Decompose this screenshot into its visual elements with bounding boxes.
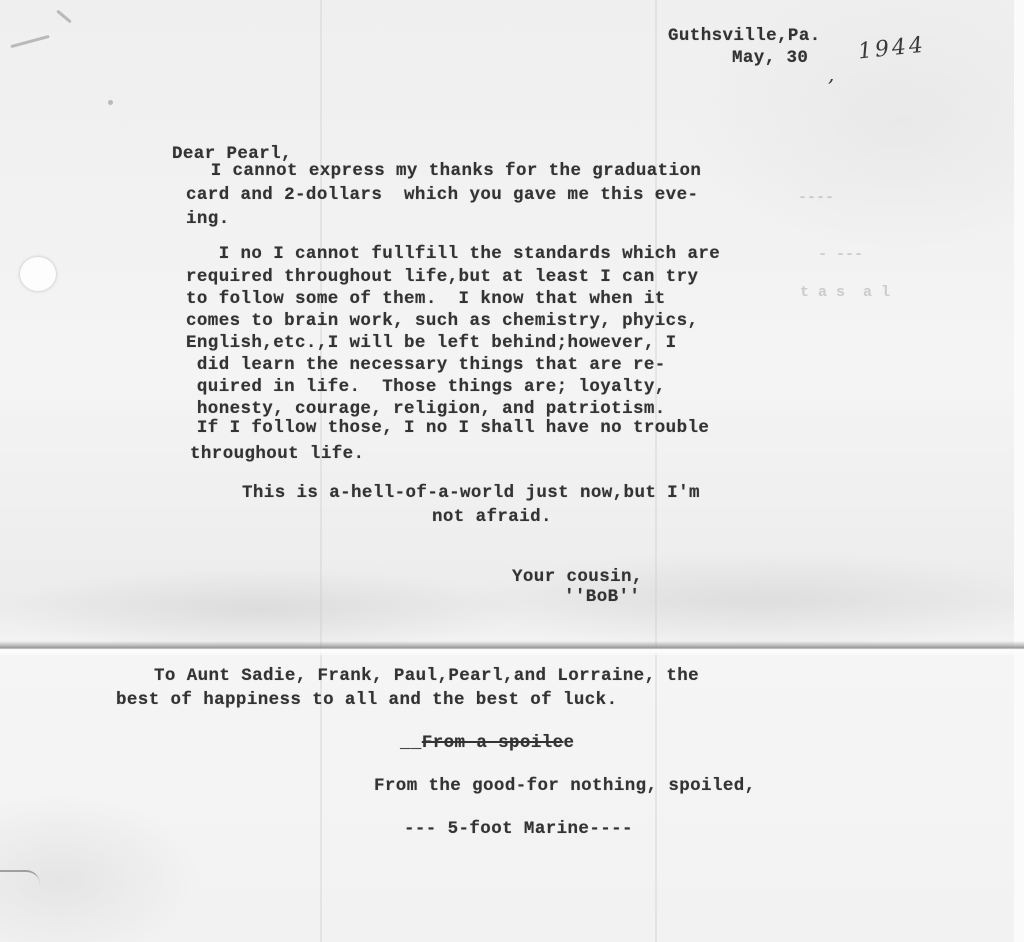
postscript-line: best of happiness to all and the best of… bbox=[116, 690, 617, 710]
from-line: From the good-for nothing, spoiled, bbox=[374, 776, 756, 796]
paragraph2-line: honesty, courage, religion, and patrioti… bbox=[186, 399, 666, 419]
paragraph2-line: required throughout life,but at least I … bbox=[186, 267, 698, 287]
paragraph2-line: If I follow those, I no I shall have no … bbox=[186, 418, 709, 438]
paragraph2-line: comes to brain work, such as chemistry, … bbox=[186, 311, 698, 331]
paragraph2-line: did learn the necessary things that are … bbox=[186, 355, 666, 375]
letter-page: Guthsville,Pa. May, 30 1944 , Dear Pearl… bbox=[0, 0, 1024, 942]
paragraph1-line: card and 2-dollars which you gave me thi… bbox=[186, 185, 698, 205]
paper-crease bbox=[655, 0, 657, 942]
paper-tear-mark bbox=[10, 35, 49, 48]
paragraph3-line: This is a-hell-of-a-world just now,but I… bbox=[242, 483, 700, 503]
paragraph3-line: not afraid. bbox=[432, 507, 552, 527]
bleed-through-text: - --- bbox=[818, 246, 863, 263]
bleed-through-text: t a s a l bbox=[800, 284, 890, 301]
ink-speck bbox=[108, 100, 113, 105]
letter-date: May, 30 bbox=[732, 48, 808, 68]
bleed-through-text: ---- bbox=[798, 189, 834, 206]
paragraph2-line: quired in life. Those things are; loyalt… bbox=[186, 377, 666, 397]
handwritten-year: 1944 bbox=[857, 33, 927, 65]
fold-line bbox=[0, 641, 1024, 655]
paragraph1-line: ing. bbox=[186, 209, 230, 229]
paper-tear-mark bbox=[56, 10, 72, 24]
paper-crease bbox=[320, 0, 322, 942]
struck-out-line: __From a spoilee bbox=[400, 733, 574, 753]
punch-hole bbox=[20, 257, 56, 291]
paper-tear-mark bbox=[0, 870, 40, 884]
handwritten-comma: , bbox=[828, 62, 834, 86]
struck-suffix: e bbox=[564, 733, 575, 753]
struck-text: From a spoile bbox=[422, 733, 564, 753]
paragraph1-line: I cannot express my thanks for the gradu… bbox=[178, 161, 701, 181]
letter-place: Guthsville,Pa. bbox=[668, 26, 821, 46]
paragraph2-line: I no I cannot fullfill the standards whi… bbox=[186, 244, 720, 264]
paper-edge bbox=[1014, 0, 1024, 942]
postscript-line: To Aunt Sadie, Frank, Paul,Pearl,and Lor… bbox=[154, 666, 699, 686]
paragraph2-line: English,etc.,I will be left behind;howev… bbox=[186, 333, 677, 353]
signature: ''BoB'' bbox=[564, 587, 640, 607]
paragraph2-line: to follow some of them. I know that when… bbox=[186, 289, 666, 309]
sign-off: --- 5-foot Marine---- bbox=[404, 819, 633, 839]
closing: Your cousin, bbox=[512, 567, 643, 587]
struck-prefix: __ bbox=[400, 733, 422, 753]
paragraph2-line: throughout life. bbox=[190, 444, 364, 464]
